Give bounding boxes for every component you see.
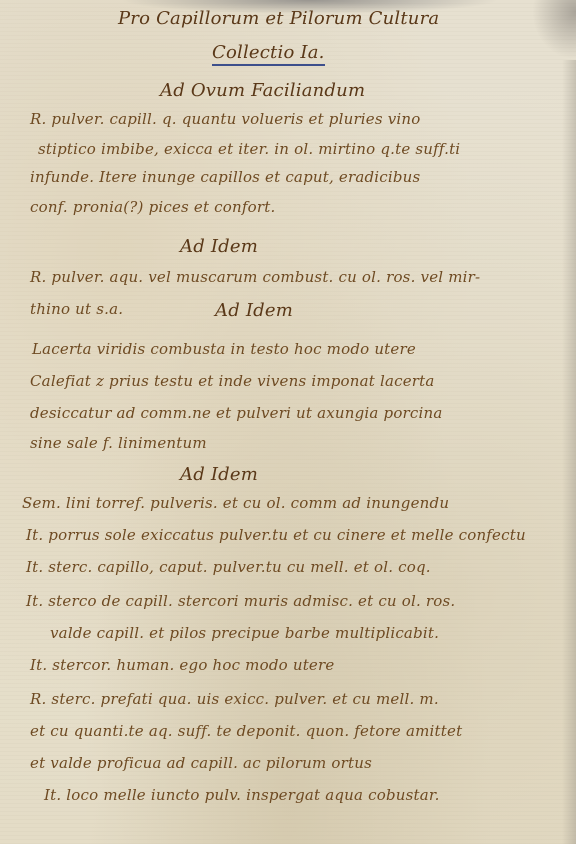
subtitle-text: Collectio Ia. xyxy=(212,42,325,66)
text-line: Calefiat z prius testu et inde vivens im… xyxy=(30,372,435,390)
manuscript-page: Pro Capillorum et Pilorum Cultura Collec… xyxy=(0,0,576,844)
page-title: Pro Capillorum et Pilorum Cultura xyxy=(118,8,439,29)
text-line: desiccatur ad comm.ne et pulveri ut axun… xyxy=(30,404,443,422)
text-line: sine sale f. linimentum xyxy=(30,434,207,452)
text-line: Sem. lini torref. pulveris. et cu ol. co… xyxy=(22,494,449,512)
section-heading: Ad Idem xyxy=(180,236,258,257)
title-text: Pro Capillorum et Pilorum Cultura xyxy=(118,8,439,29)
text-line: et cu quanti.te aq. suff. te deponit. qu… xyxy=(30,722,462,740)
text-line: R. sterc. prefati qua. uis exicc. pulver… xyxy=(30,690,439,708)
page-subtitle: Collectio Ia. xyxy=(212,42,325,63)
text-line: stiptico imbibe, exicca et iter. in ol. … xyxy=(38,140,460,158)
text-line: infunde. Itere inunge capillos et caput,… xyxy=(30,168,420,186)
text-line: R. pulver. aqu. vel muscarum combust. cu… xyxy=(30,268,480,286)
text-line: valde capill. et pilos precipue barbe mu… xyxy=(50,624,439,642)
text-line: et valde proficua ad capill. ac pilorum … xyxy=(30,754,372,772)
section-heading: Ad Ovum Faciliandum xyxy=(160,80,365,101)
text-line: It. loco melle iuncto pulv. inspergat aq… xyxy=(44,786,440,804)
text-line: It. sterc. capillo, caput. pulver.tu cu … xyxy=(26,558,431,576)
text-line: It. porrus sole exiccatus pulver.tu et c… xyxy=(26,526,526,544)
text-line: thino ut s.a. xyxy=(30,300,123,318)
page-corner xyxy=(532,0,576,60)
page-edge xyxy=(562,60,576,844)
text-line: conf. pronia(?) pices et confort. xyxy=(30,198,275,216)
text-line: It. stercor. human. ego hoc modo utere xyxy=(30,656,334,674)
text-line: Lacerta viridis combusta in testo hoc mo… xyxy=(32,340,416,358)
section-heading: Ad Idem xyxy=(180,464,258,485)
text-line: It. sterco de capill. stercori muris adm… xyxy=(26,592,455,610)
section-heading: Ad Idem xyxy=(215,300,293,321)
text-line: R. pulver. capill. q. quantu volueris et… xyxy=(30,110,421,128)
